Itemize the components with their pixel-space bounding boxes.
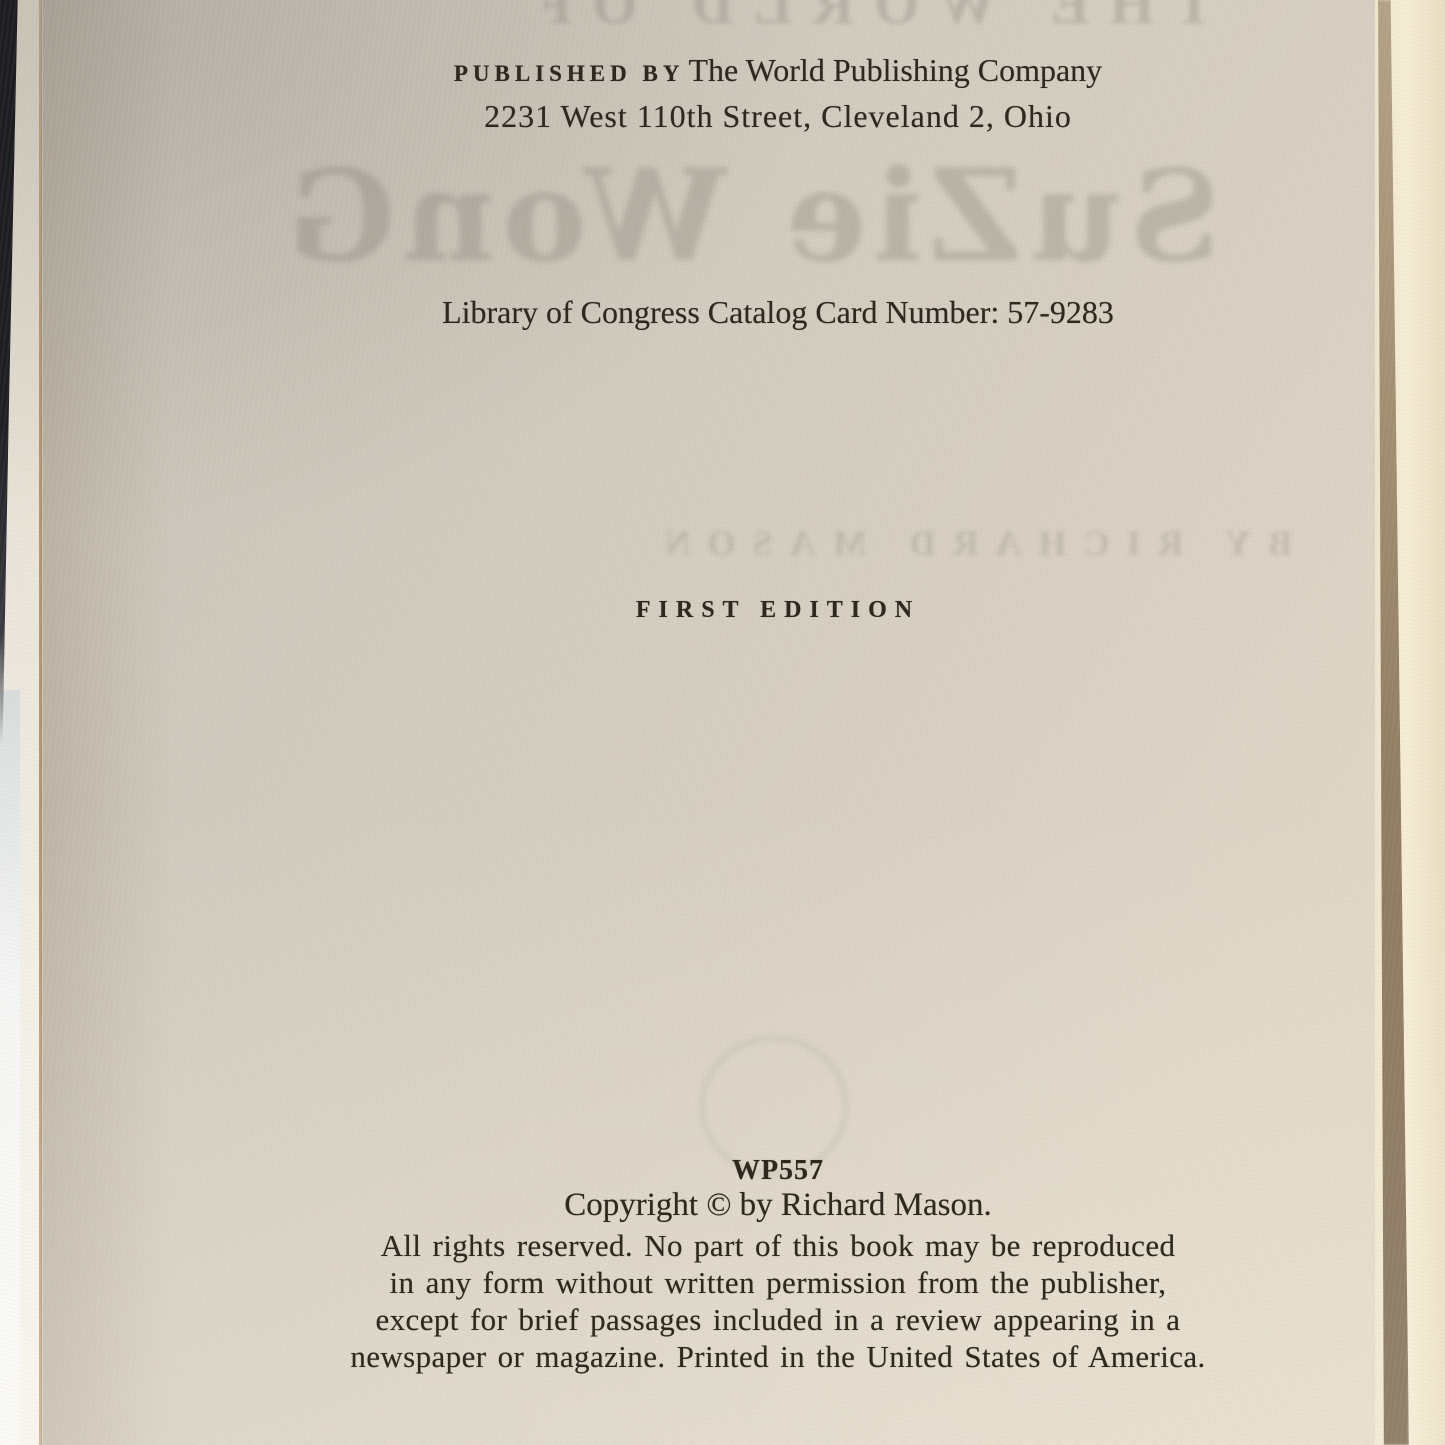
rights-text-line: except for brief passages included in a …	[160, 1302, 1396, 1338]
edition-statement: FIRST EDITION	[160, 597, 1396, 624]
copyright-line: Copyright © by Richard Mason.	[160, 1187, 1396, 1224]
publisher-name: The World Publishing Company	[688, 52, 1102, 88]
rights-text-line: in any form without written permission f…	[160, 1265, 1396, 1301]
loc-catalog-number: Library of Congress Catalog Card Number:…	[160, 294, 1396, 331]
book-copyright-page-photo: THE WORLD OF SuZie WonG BY RICHARD MASON…	[0, 0, 1445, 1445]
publisher-line: PUBLISHED BY The World Publishing Compan…	[160, 52, 1396, 89]
published-by-label: PUBLISHED BY	[454, 61, 685, 86]
printer-code: WP557	[160, 1155, 1396, 1187]
rights-text-line: newspaper or magazine. Printed in the Un…	[160, 1339, 1396, 1375]
rights-text-line: All rights reserved. No part of this boo…	[160, 1228, 1396, 1264]
publisher-address: 2231 West 110th Street, Cleveland 2, Ohi…	[160, 98, 1396, 135]
